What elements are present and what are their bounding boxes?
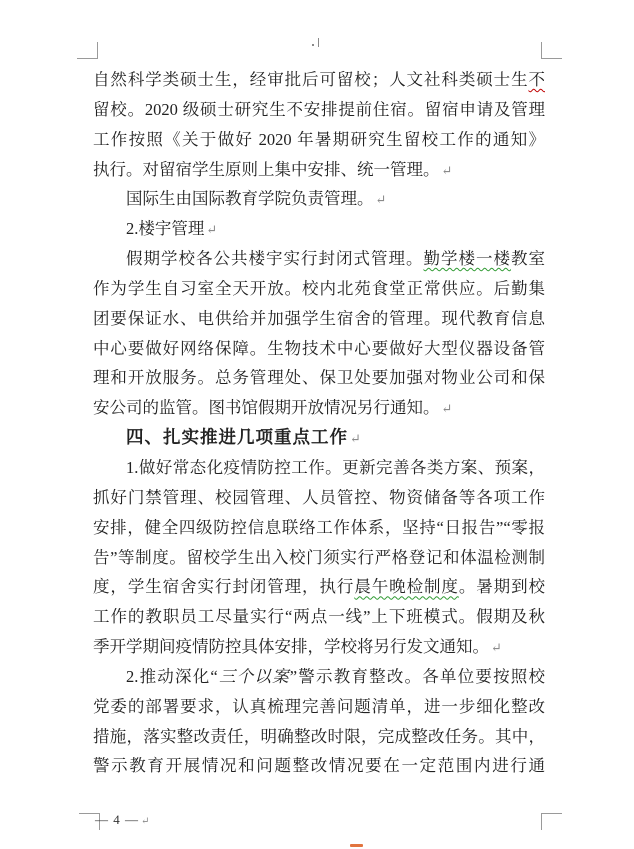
text-segment: 工作按照《关于做好 2020 年暑期研究生留校工作的通知》 xyxy=(93,130,545,149)
text-segment: 理和开放服务。总务管理处、保卫处要加强对物业公司和保 xyxy=(93,368,545,387)
text-segment: 1.做好常态化疫情防控工作。更新完善各类方案、预案， xyxy=(126,458,545,477)
emphasized-text: 三个以案 xyxy=(218,667,290,686)
text-line-17: 告”等制度。留校学生出入校门须实行严格登记和体温检测制 xyxy=(93,543,545,573)
next-page-underline-artifact xyxy=(350,844,363,847)
text-segment: 国际生由国际教育学院负责管理。 xyxy=(126,189,374,208)
text-line-24: 警示教育开展情况和问题整改情况要在一定范围内进行通 xyxy=(93,751,545,781)
text-segment: 季开学期间疫情防控具体安排，学校将另行发文通知。 xyxy=(93,637,489,656)
text-line-8: 作为学生自习室全天开放。校内北苑食堂正常供应。后勤集 xyxy=(93,274,545,304)
paragraph-mark-icon: ↵ xyxy=(374,192,387,207)
text-segment: 。暑期到校 xyxy=(459,577,545,596)
text-segment: 告”等制度。留校学生出入校门须实行严格登记和体温检测制 xyxy=(93,548,545,567)
text-line-14: 1.做好常态化疫情防控工作。更新完善各类方案、预案， xyxy=(93,453,545,483)
crop-mark-top-left-icon xyxy=(77,42,98,59)
grammar-flagged-text: 晨午晚检制度 xyxy=(354,577,459,596)
text-segment: 四、扎实推进几项重点工作 xyxy=(126,427,348,447)
text-line-23: 措施，落实整改责任，明确整改时限，完成整改任务。其中， xyxy=(93,722,545,752)
text-line-5: 国际生由国际教育学院负责管理。↵ xyxy=(93,184,545,214)
text-line-15: 抓好门禁管理、校园管理、人员管控、物资储备等各项工作 xyxy=(93,483,545,513)
grammar-flagged-text: 勤学楼一楼 xyxy=(424,249,512,268)
text-segment: 作为学生自习室全天开放。校内北苑食堂正常供应。后勤集 xyxy=(93,279,545,298)
text-line-2: 留校。2020 级硕士研究生不安排提前住宿。留宿申请及管理 xyxy=(93,95,545,125)
text-line-20: 季开学期间疫情防控具体安排，学校将另行发文通知。↵ xyxy=(93,632,545,662)
text-line-18: 度，学生宿舍实行封闭管理，执行晨午晚检制度。暑期到校 xyxy=(93,572,545,602)
text-segment: 度，学生宿舍实行封闭管理，执行 xyxy=(93,577,354,596)
paragraph-mark-icon: ↵ xyxy=(489,640,502,655)
text-segment: 2.楼宇管理 xyxy=(126,219,204,238)
header-paragraph-mark-icon xyxy=(311,37,323,49)
text-line-12: 安公司的监管。图书馆假期开放情况另行通知。↵ xyxy=(93,393,545,423)
paragraph-mark-icon: ↵ xyxy=(440,163,453,178)
text-line-21: 2.推动深化“三个以案”警示教育整改。各单位要按照校 xyxy=(93,662,545,692)
text-segment: 执行。对留宿学生原则上集中安排、统一管理。 xyxy=(93,160,440,179)
text-segment: 留校。2020 级硕士研究生不安排提前住宿。留宿申请及管理 xyxy=(93,100,545,119)
text-segment: 团要保证水、电供给并加强学生宿舍的管理。现代教育信息 xyxy=(93,309,545,328)
text-segment: ”警示教育整改。各单位要按照校 xyxy=(290,667,545,686)
paragraph-mark-icon: ↵ xyxy=(440,401,453,416)
text-segment: 警示教育开展情况和问题整改情况要在一定范围内进行通 xyxy=(93,756,545,775)
text-segment: 中心要做好网络保障。生物技术中心要做好大型仪器设备管 xyxy=(93,339,545,358)
text-line-22: 党委的部署要求，认真梳理完善问题清单，进一步细化整改 xyxy=(93,692,545,722)
text-line-7: 假期学校各公共楼宇实行封闭式管理。勤学楼一楼教室 xyxy=(93,244,545,274)
crop-mark-bottom-right-icon xyxy=(541,813,562,830)
text-line-19: 工作的教职员工尽量实行“两点一线”上下班模式。假期及秋 xyxy=(93,602,545,632)
text-segment: 措施，落实整改责任，明确整改时限，完成整改任务。其中， xyxy=(93,727,545,746)
text-segment: 安排，健全四级防控信息联络工作体系，坚持“日报告”“零报 xyxy=(93,518,545,537)
document-body-text: 自然科学类硕士生，经审批后可留校；人文社科类硕士生不留校。2020 级硕士研究生… xyxy=(93,65,545,781)
text-line-10: 中心要做好网络保障。生物技术中心要做好大型仪器设备管 xyxy=(93,334,545,364)
text-line-1: 自然科学类硕士生，经审批后可留校；人文社科类硕士生不 xyxy=(93,65,545,95)
text-line-16: 安排，健全四级防控信息联络工作体系，坚持“日报告”“零报 xyxy=(93,513,545,543)
text-line-4: 执行。对留宿学生原则上集中安排、统一管理。↵ xyxy=(93,155,545,185)
text-line-6: 2.楼宇管理↵ xyxy=(93,214,545,244)
spellcheck-flagged-text: 不 xyxy=(529,70,546,89)
text-line-13: 四、扎实推进几项重点工作↵ xyxy=(93,423,545,453)
page-number: — 4 —↵ xyxy=(95,812,150,828)
crop-mark-top-right-icon xyxy=(541,42,562,59)
text-segment: 自然科学类硕士生，经审批后可留校；人文社科类硕士生 xyxy=(93,70,529,89)
text-segment: 工作的教职员工尽量实行“两点一线”上下班模式。假期及秋 xyxy=(93,607,545,626)
text-segment: 2.推动深化“ xyxy=(126,667,218,686)
text-line-11: 理和开放服务。总务管理处、保卫处要加强对物业公司和保 xyxy=(93,363,545,393)
text-segment: 安公司的监管。图书馆假期开放情况另行通知。 xyxy=(93,398,440,417)
text-segment: 抓好门禁管理、校园管理、人员管控、物资储备等各项工作 xyxy=(93,488,545,507)
document-page: 自然科学类硕士生，经审批后可留校；人文社科类硕士生不留校。2020 级硕士研究生… xyxy=(0,0,634,849)
text-segment: 假期学校各公共楼宇实行封闭式管理。 xyxy=(126,249,424,268)
paragraph-mark-icon: ↵ xyxy=(348,431,362,446)
text-segment: 教室 xyxy=(511,249,545,268)
paragraph-mark-icon: ↵ xyxy=(204,222,217,237)
text-line-9: 团要保证水、电供给并加强学生宿舍的管理。现代教育信息 xyxy=(93,304,545,334)
text-segment: 党委的部署要求，认真梳理完善问题清单，进一步细化整改 xyxy=(93,697,545,716)
paragraph-mark-icon: ↵ xyxy=(139,816,150,827)
page-number-label: — 4 — xyxy=(95,812,139,827)
text-line-3: 工作按照《关于做好 2020 年暑期研究生留校工作的通知》 xyxy=(93,125,545,155)
